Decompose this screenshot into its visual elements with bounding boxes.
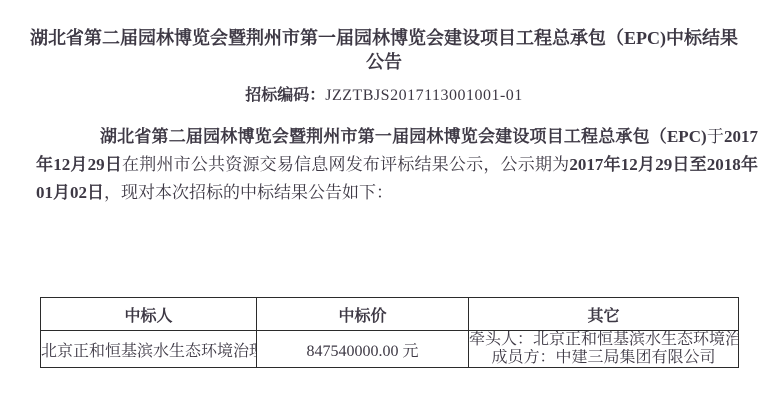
page-title-line1: 湖北省第二届园林博览会暨荆州市第一届园林博览会建设项目工程总承包（EPC)中标结… bbox=[0, 26, 768, 50]
bid-code-value: JZZTBJS2017113001001-01 bbox=[325, 87, 523, 104]
other-member-line: 成员方：中建三局集团有限公司 bbox=[469, 349, 738, 367]
table-row: 北京正和恒基滨水生态环境治理 847540000.00 元 牵头人：北京正和恒基… bbox=[41, 331, 739, 368]
table-header-price: 中标价 bbox=[257, 298, 469, 331]
paragraph-segment: ，现对本次招标的中标结果公告如下： bbox=[104, 183, 393, 202]
bid-code-label: 招标编码： bbox=[245, 87, 325, 104]
title-project-text: 湖北省第二届园林博览会暨荆州市第一届园林博览会建设项目工程总承包（EPC) bbox=[30, 28, 666, 48]
page-title: 湖北省第二届园林博览会暨荆州市第一届园林博览会建设项目工程总承包（EPC)中标结… bbox=[0, 26, 768, 74]
price-value: 847540000.00 元 bbox=[257, 338, 468, 361]
table-header-winner: 中标人 bbox=[41, 298, 257, 331]
winner-cell: 北京正和恒基滨水生态环境治理 bbox=[41, 331, 257, 368]
paragraph-segment: 湖北省第二届园林博览会暨荆州市第一届园林博览会建设项目工程总承包（EPC) bbox=[100, 127, 707, 146]
price-cell: 847540000.00 元 bbox=[257, 331, 469, 368]
paragraph-segment: 在荆州市公共资源交易信息网发布评标结果公示，公示期为 bbox=[122, 155, 569, 174]
paragraph-segment: 于 bbox=[707, 127, 724, 146]
bid-code-line: 招标编码：JZZTBJS2017113001001-01 bbox=[0, 87, 768, 105]
results-table: 中标人 中标价 其它 北京正和恒基滨水生态环境治理 847540000.00 元… bbox=[40, 297, 739, 368]
announcement-paragraph: 湖北省第二届园林博览会暨荆州市第一届园林博览会建设项目工程总承包（EPC)于20… bbox=[36, 123, 758, 207]
page-title-line2: 公告 bbox=[0, 50, 768, 74]
title-result-text: 中标结果 bbox=[666, 28, 738, 48]
other-cell: 牵头人：北京正和恒基滨水生态环境治 成员方：中建三局集团有限公司 bbox=[469, 331, 739, 368]
other-leader-line: 牵头人：北京正和恒基滨水生态环境治 bbox=[469, 331, 738, 349]
table-header-other: 其它 bbox=[469, 298, 739, 331]
winner-name: 北京正和恒基滨水生态环境治理 bbox=[41, 338, 256, 361]
table-header-row: 中标人 中标价 其它 bbox=[41, 298, 739, 331]
